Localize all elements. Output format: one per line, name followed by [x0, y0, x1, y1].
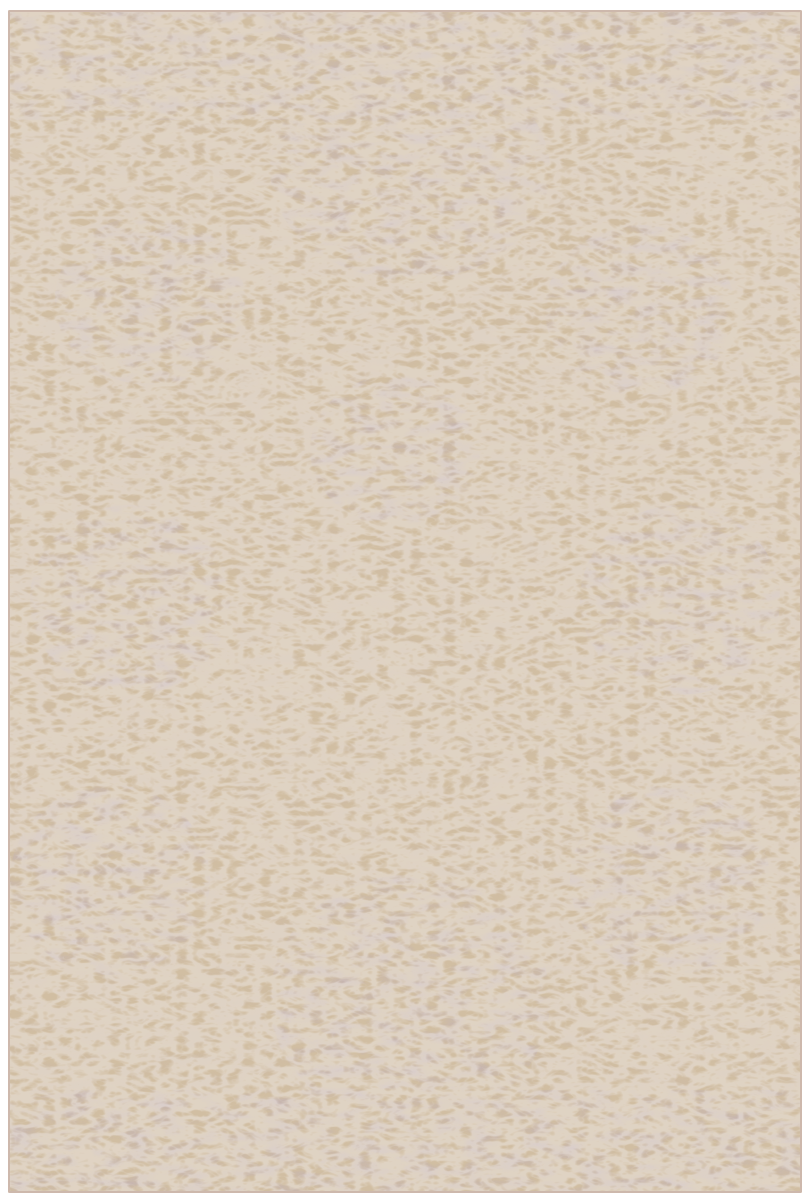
rug-pattern	[8, 10, 802, 1193]
rug	[8, 10, 802, 1193]
